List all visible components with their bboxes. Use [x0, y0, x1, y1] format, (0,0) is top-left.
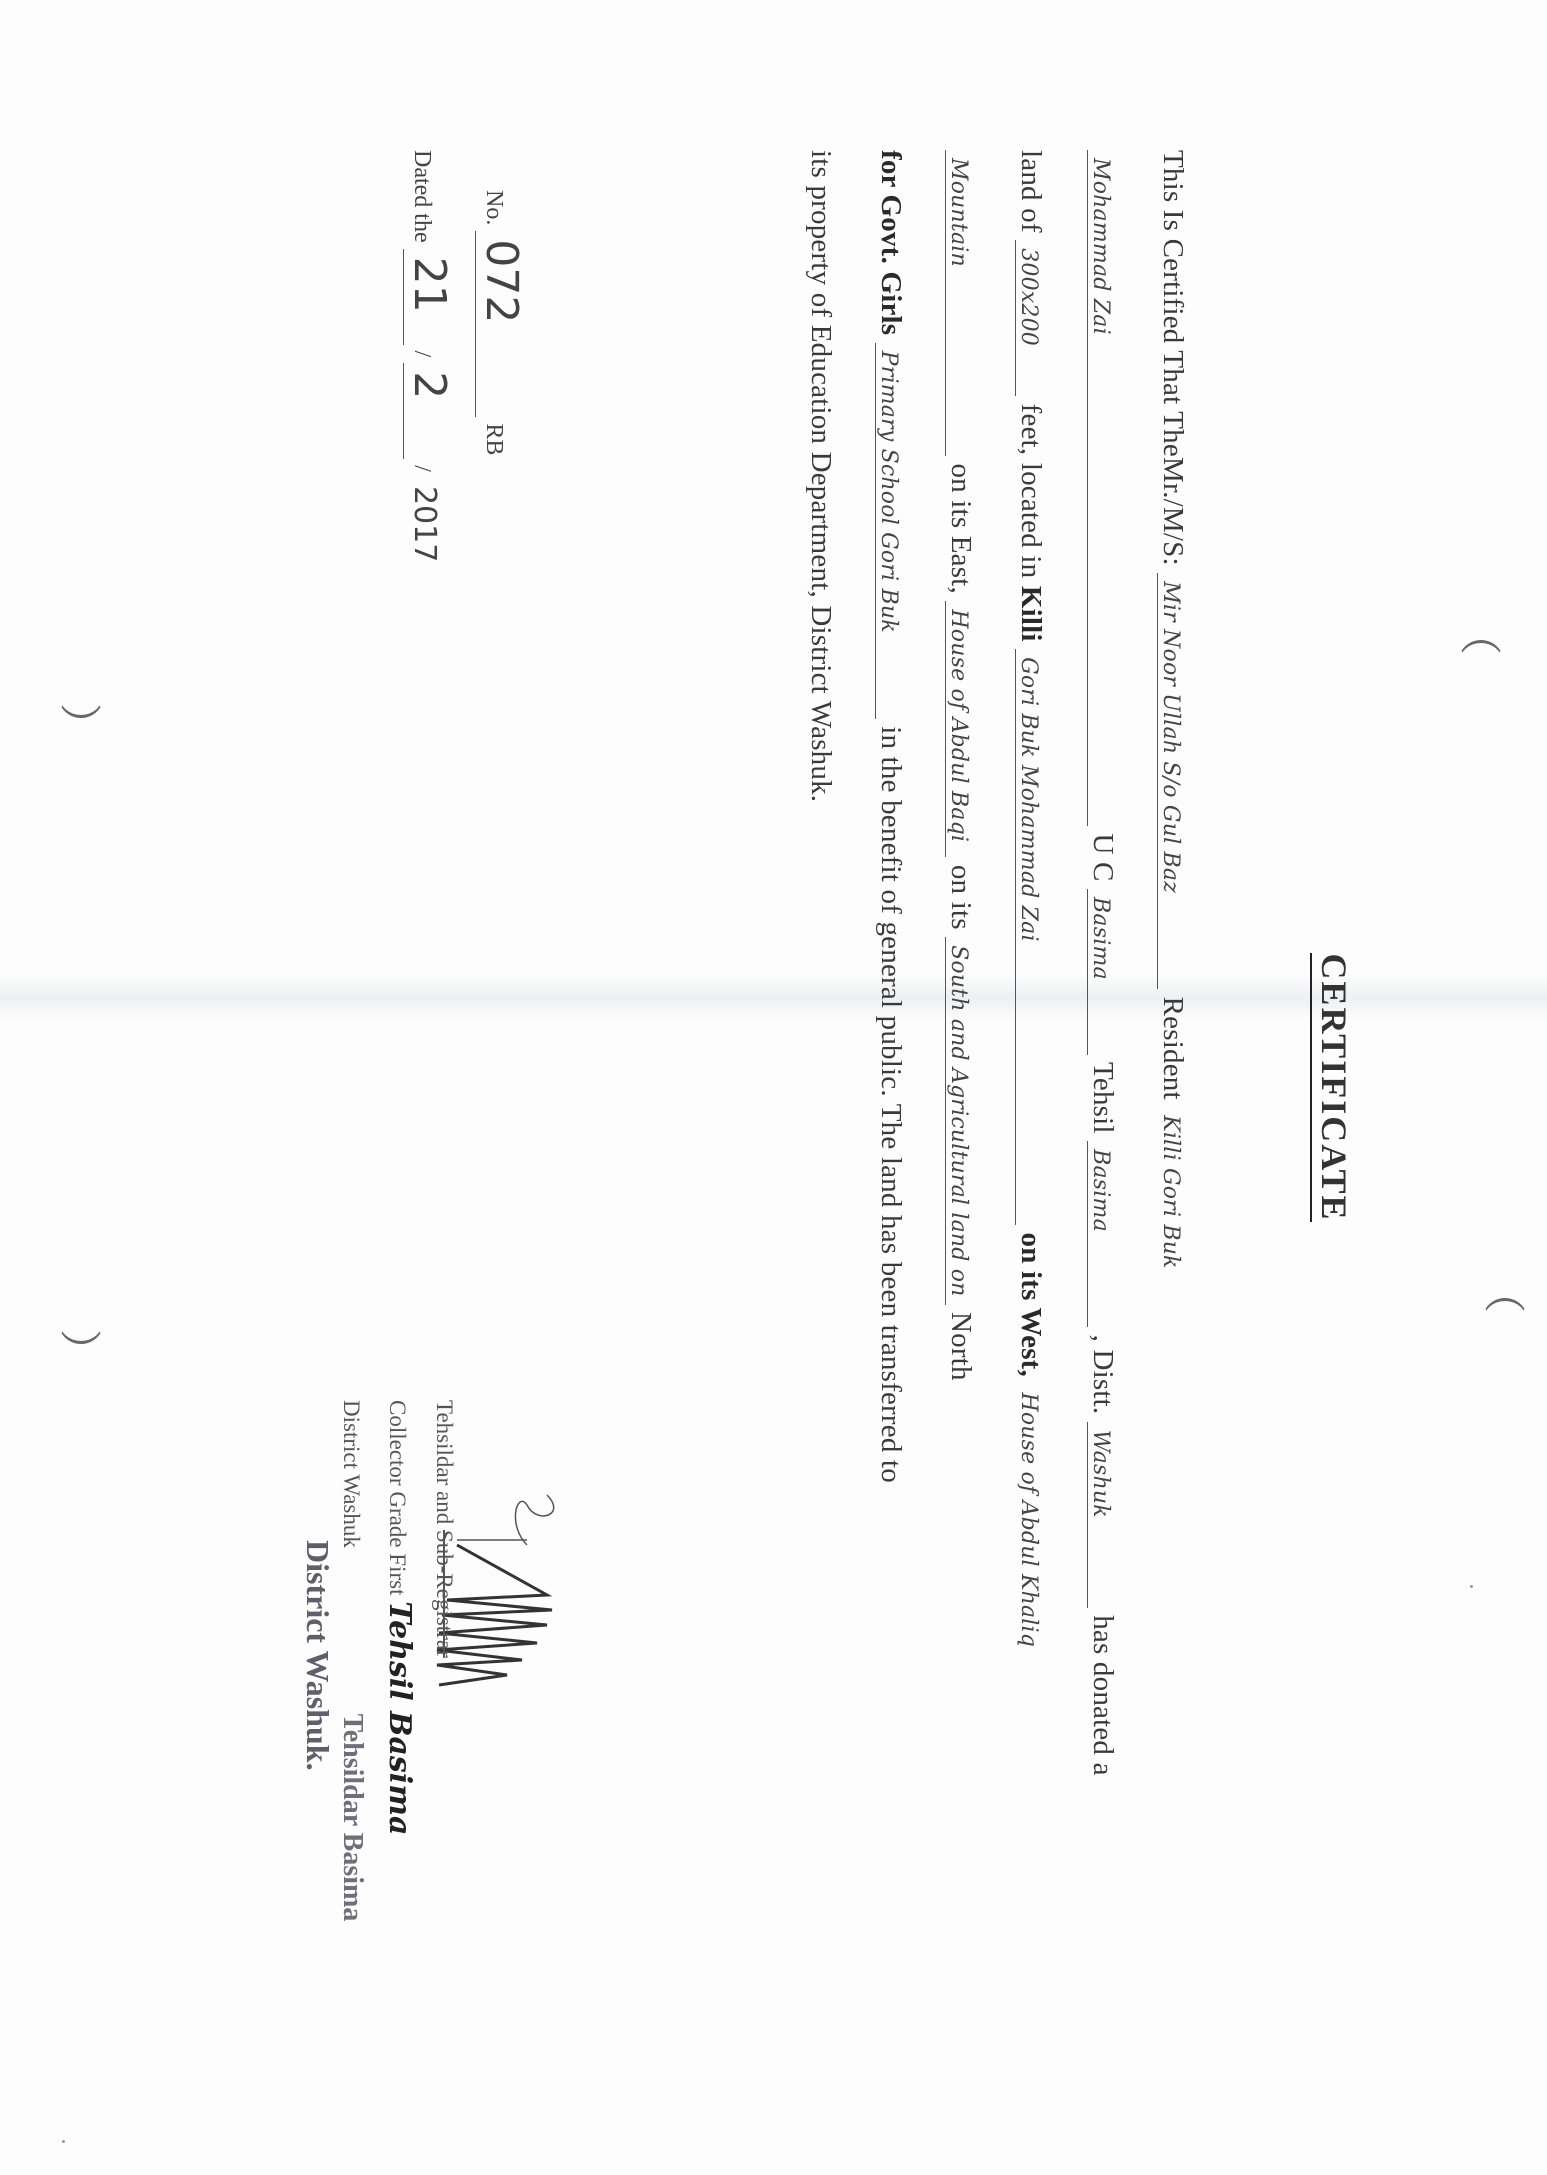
body-line-4: Mountain on its East, House of Abdul Baq…	[944, 150, 977, 1381]
body-line-1: This Is Certified That TheMr./M/S: Mir N…	[1156, 150, 1189, 1363]
certificate-page: CERTIFICATE This Is Certified That TheMr…	[0, 0, 1547, 2175]
body-line-2: Mohammad Zai U C Basima Tehsil Basima , …	[1086, 150, 1119, 1776]
signature-title-line2: Collector Grade First Tehsil Basima	[382, 1400, 417, 2120]
body-line-6: its property of Education Department, Di…	[804, 150, 837, 802]
west-continuation-field: Mountain	[945, 150, 971, 456]
tribe-field: Mohammad Zai	[1087, 150, 1113, 826]
date-day: 21	[403, 249, 455, 345]
stamp-line1: Tehsildar Basima	[337, 1714, 368, 1922]
tehsil-field: Basima	[1087, 1141, 1113, 1327]
certificate-title: CERTIFICATE	[1313, 0, 1355, 2175]
signature-block: Tehsildar and Sub-Registrar Collector Gr…	[299, 1400, 547, 2120]
signature-title-line3: District Washuk Tehsildar Basima	[336, 1400, 368, 2120]
district-field: Washuk	[1087, 1422, 1113, 1608]
date-year: 2017	[407, 478, 442, 570]
reference-number: No. 072 RB	[475, 190, 527, 455]
reference-date: Dated the 21 / 2 / 2017	[403, 150, 455, 570]
signature-title-line1: Tehsildar and Sub-Registrar	[431, 1400, 457, 2120]
date-month: 2	[403, 363, 455, 459]
east-field: House of Abdul Baqi	[945, 601, 971, 857]
west-field: House of Abdul Khaliq	[1016, 1384, 1041, 1655]
killi-field: Gori Buk Mohammad Zai	[1015, 649, 1041, 1225]
body-line-5: for Govt. Girls Primary School Gori Buk …	[874, 150, 907, 1483]
body-line-3: land of 300x200 feet, located in Killi G…	[1014, 150, 1047, 1655]
stamp-line2-row: District Washuk.	[299, 1400, 336, 2120]
signature-handwritten-tehsil: Tehsil Basima	[382, 1601, 417, 1835]
south-field: South and Agricultural land on	[945, 937, 971, 1304]
resident-of-field: Killi Gori Buk	[1158, 1107, 1183, 1363]
reference-number-value: 072	[475, 231, 527, 417]
stamp-line2: District Washuk.	[300, 1540, 336, 1771]
donor-name-field: Mir Noor Ullah S/o Gul Baz	[1157, 573, 1183, 989]
uc-field: Basima	[1087, 889, 1113, 1055]
school-field: Primary School Gori Buk	[875, 343, 901, 719]
area-field: 300x200	[1015, 240, 1041, 396]
